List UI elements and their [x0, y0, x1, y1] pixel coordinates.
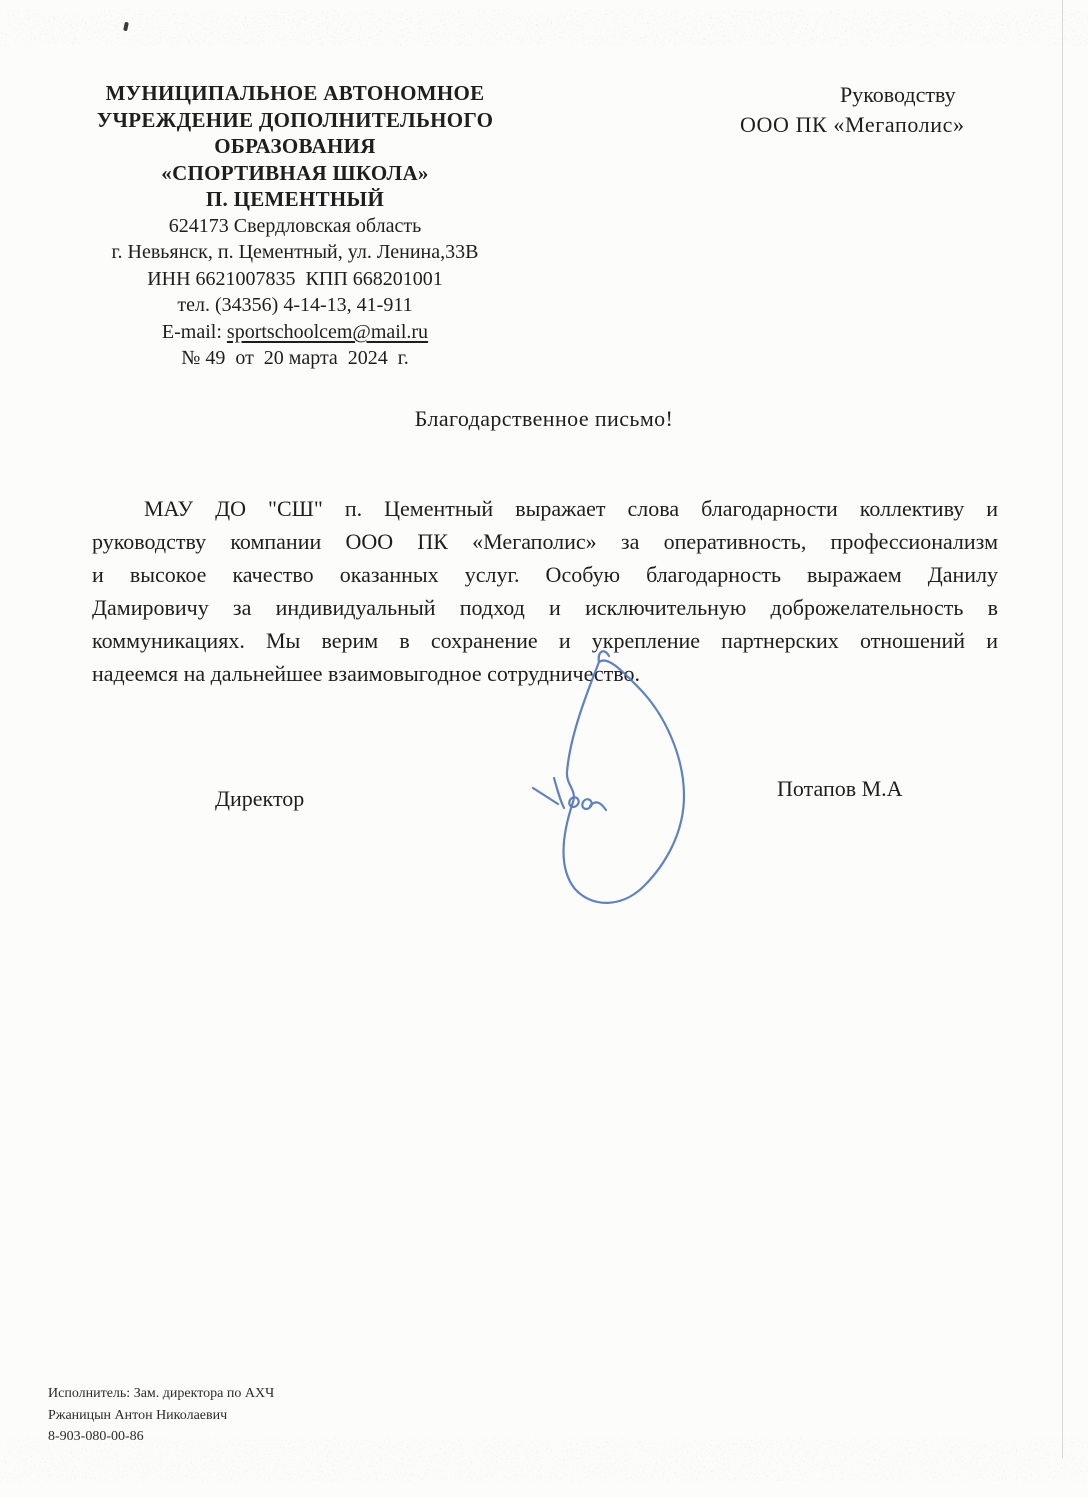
scanned-letter-page: МУНИЦИПАЛЬНОЕ АВТОНОМНОЕ УЧРЕЖДЕНИЕ ДОПО…	[0, 0, 1088, 1497]
executor-name: Ржаницын Антон Николаевич	[48, 1405, 274, 1427]
letter-title: Благодарственное письмо!	[0, 406, 1088, 432]
body-line: и высокое качество оказанных услуг. Особ…	[92, 558, 998, 591]
scan-speck	[123, 22, 129, 32]
org-email-line: E-mail: sportschoolcem@mail.ru	[55, 319, 535, 346]
executor-block: Исполнитель: Зам. директора по АХЧ Ржани…	[48, 1383, 274, 1448]
recipient-company: ООО ПК «Мегаполис»	[740, 112, 965, 138]
org-phone: тел. (34356) 4-14-13, 41-911	[55, 292, 535, 319]
outgoing-number-date: № 49 от 20 марта 2024 г.	[55, 345, 535, 372]
org-name-line: МУНИЦИПАЛЬНОЕ АВТОНОМНОЕ	[55, 80, 535, 107]
org-name-line: П. ЦЕМЕНТНЫЙ	[55, 186, 535, 213]
org-street-address: г. Невьянск, п. Цементный, ул. Ленина,33…	[55, 239, 535, 266]
scan-noise-top	[0, 10, 1088, 46]
handwritten-signature-ink	[470, 640, 730, 920]
org-postal-code-region: 624173 Свердловская область	[55, 213, 535, 240]
letterhead: МУНИЦИПАЛЬНОЕ АВТОНОМНОЕ УЧРЕЖДЕНИЕ ДОПО…	[55, 80, 535, 372]
signer-name: Потапов М.А	[777, 776, 903, 802]
org-inn-kpp: ИНН 6621007835 КПП 668201001	[55, 266, 535, 293]
body-line: Дамировичу за индивидуальный подход и ис…	[92, 591, 998, 624]
body-line: руководству компании ООО ПК «Мегаполис» …	[92, 525, 998, 558]
scan-edge-line	[1062, 0, 1063, 1458]
body-line: МАУ ДО "СШ" п. Цементный выражает слова …	[92, 492, 998, 525]
email-label: E-mail:	[162, 321, 227, 343]
org-name-line: ОБРАЗОВАНИЯ	[55, 133, 535, 160]
email-address: sportschoolcem@mail.ru	[227, 321, 428, 343]
recipient-line: Руководству	[840, 82, 956, 108]
executor-role: Исполнитель: Зам. директора по АХЧ	[48, 1383, 274, 1405]
signer-role: Директор	[215, 786, 304, 812]
org-name-line: «СПОРТИВНАЯ ШКОЛА»	[55, 160, 535, 187]
org-name-line: УЧРЕЖДЕНИЕ ДОПОЛНИТЕЛЬНОГО	[55, 107, 535, 134]
executor-phone: 8-903-080-00-86	[48, 1426, 274, 1448]
